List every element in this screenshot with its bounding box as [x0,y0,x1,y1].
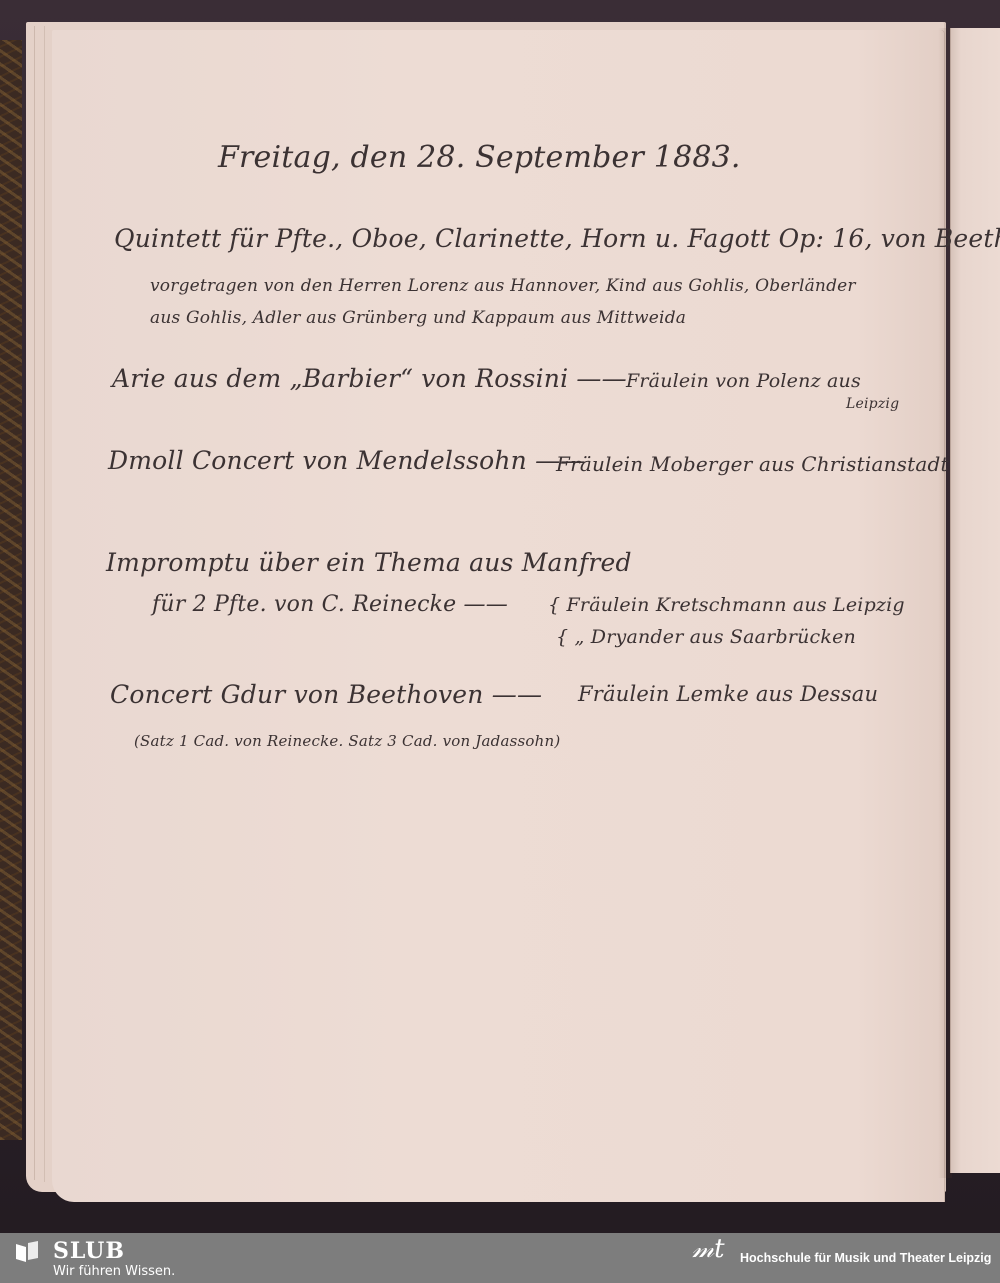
marbled-edge [0,40,22,1140]
slub-tagline: Wir führen Wissen. [53,1264,175,1279]
entry-5-work: Concert Gdur von Beethoven —— [110,680,542,709]
page-heading: Freitag, den 28. September 1883. [218,140,741,175]
entry-1-work: Quintett für Pfte., Oboe, Clarinette, Ho… [114,224,1000,253]
entry-2-work: Arie aus dem „Barbier“ von Rossini —— [112,364,627,393]
entry-4-work-line1: Impromptu über ein Thema aus Manfred [106,548,632,577]
entry-5-performer: Fräulein Lemke aus Dessau [578,682,878,706]
entry-4-performer-line2: { „ Dryander aus Saarbrücken [556,626,856,648]
entry-4-work-line2: für 2 Pfte. von C. Reinecke —— [152,592,508,617]
entry-2-performer-place: Leipzig [846,396,899,412]
entry-2-performer: Fräulein von Polenz aus [626,370,861,392]
hmt-monogram-icon[interactable]: 𝓂t [692,1236,726,1280]
hmt-institution-name[interactable]: Hochschule für Musik und Theater Leipzig [740,1251,991,1265]
entry-5-note: (Satz 1 Cad. von Reinecke. Satz 3 Cad. v… [134,732,560,750]
entry-1-performers-line1: vorgetragen von den Herren Lorenz aus Ha… [150,276,856,296]
facing-page-edge [950,28,1000,1173]
slub-brand[interactable]: SLUB [53,1238,125,1264]
entry-3-work: Dmoll Concert von Mendelssohn —— [108,446,586,475]
book-icon [14,1241,40,1263]
entry-4-performer-line1: { Fräulein Kretschmann aus Leipzig [548,594,905,616]
entry-3-performer: Fräulein Moberger aus Christianstadt [556,452,949,476]
footer-bar: SLUB Wir führen Wissen. 𝓂t Hochschule fü… [0,1233,1000,1283]
entry-1-performers-line2: aus Gohlis, Adler aus Grünberg und Kappa… [150,308,686,328]
